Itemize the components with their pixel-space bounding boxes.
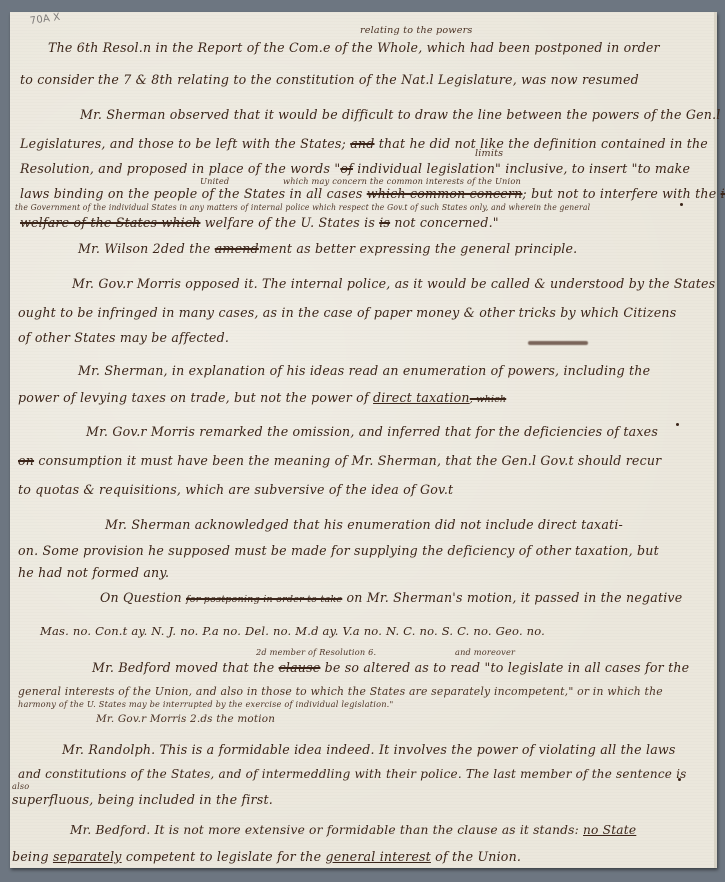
interlinear-insertion: and moreover (455, 647, 515, 657)
manuscript-line: being separately competent to legislate … (12, 849, 521, 864)
ink-blot (528, 341, 588, 345)
manuscript-line: on consumption it must have been the mea… (18, 453, 661, 468)
struck-text: clause (279, 660, 321, 675)
manuscript-line: power of levying taxes on trade, but not… (18, 390, 506, 405)
manuscript-line: Mr. Bedford. It is not more extensive or… (70, 823, 636, 837)
struck-text: and (350, 136, 374, 151)
manuscript-line: superfluous, being included in the first… (12, 792, 273, 807)
vote-tally: Mas. no. Con.t ay. N. J. no. P.a no. Del… (40, 624, 545, 638)
ink-speck (680, 203, 683, 206)
underlined-text: no State (583, 823, 636, 837)
manuscript-line: Resolution, and proposed in place of the… (20, 161, 690, 176)
paper-edge (714, 12, 717, 868)
struck-text: on (18, 453, 34, 468)
manuscript-line: to quotas & requisitions, which are subv… (18, 482, 453, 497)
manuscript-line: he had not formed any. (18, 565, 169, 580)
struck-text: which common concern (367, 186, 523, 201)
interlinear-insertion: relating to the powers (360, 25, 473, 36)
manuscript-line: to consider the 7 & 8th relating to the … (20, 72, 639, 87)
manuscript-line: welfare of the States which welfare of t… (20, 215, 499, 230)
manuscript-line: laws binding on the people of the States… (20, 186, 725, 201)
manuscript-line: Mr. Sherman, in explanation of his ideas… (78, 363, 650, 378)
manuscript-line: The 6th Resol.n in the Report of the Com… (48, 40, 660, 55)
manuscript-line: general interests of the Union, and also… (18, 685, 663, 698)
underlined-text: general interest (325, 849, 431, 864)
interlinear-insertion: the Government of the individual States … (15, 202, 590, 212)
struck-text: for postponing in order to take (186, 594, 342, 605)
manuscript-line: Mr. Wilson 2ded the amendment as better … (78, 241, 577, 256)
interlinear-insertion: limits (475, 148, 503, 159)
underlined-text: direct taxation (373, 390, 470, 405)
struck-text: welfare of the States which (20, 215, 200, 230)
manuscript-line: Mr. Gov.r Morris opposed it. The interna… (72, 276, 715, 291)
struck-text: , which (470, 394, 507, 405)
manuscript-line: On Question for postponing in order to t… (100, 590, 682, 605)
struck-text: is (379, 215, 390, 230)
manuscript-line: Mr. Gov.r Morris remarked the omission, … (86, 424, 658, 439)
manuscript-line: ought to be infringed in many cases, as … (18, 305, 676, 320)
manuscript-line: Legislatures, and those to be left with … (20, 136, 708, 151)
manuscript-line: Mr. Sherman acknowledged that his enumer… (105, 517, 623, 532)
manuscript-line: Mr. Sherman observed that it would be di… (80, 107, 721, 122)
ink-speck (678, 778, 681, 781)
manuscript-line: Mr. Bedford moved that the clause be so … (92, 660, 689, 675)
interlinear-insertion: harmony of the U. States may be interrup… (18, 699, 393, 709)
interlinear-insertion: United (200, 176, 229, 186)
struck-text: of (340, 161, 353, 176)
manuscript-line: and constitutions of the States, and of … (18, 767, 687, 781)
struck-text: amend (215, 241, 259, 256)
interlinear-insertion: also (12, 781, 29, 791)
manuscript-line: Mr. Gov.r Morris 2.ds the motion (96, 713, 275, 725)
underlined-text: separately (53, 849, 122, 864)
manuscript-line: of other States may be affected. (18, 330, 229, 345)
ink-speck (676, 423, 679, 426)
manuscript-line: Mr. Randolph. This is a formidable idea … (62, 742, 676, 757)
interlinear-insertion: 2d member of Resolution 6. (256, 647, 376, 657)
struck-text: internal (721, 186, 725, 201)
manuscript-line: on. Some provision he supposed must be m… (18, 543, 659, 558)
interlinear-insertion: which may concern the common interests o… (283, 176, 521, 186)
